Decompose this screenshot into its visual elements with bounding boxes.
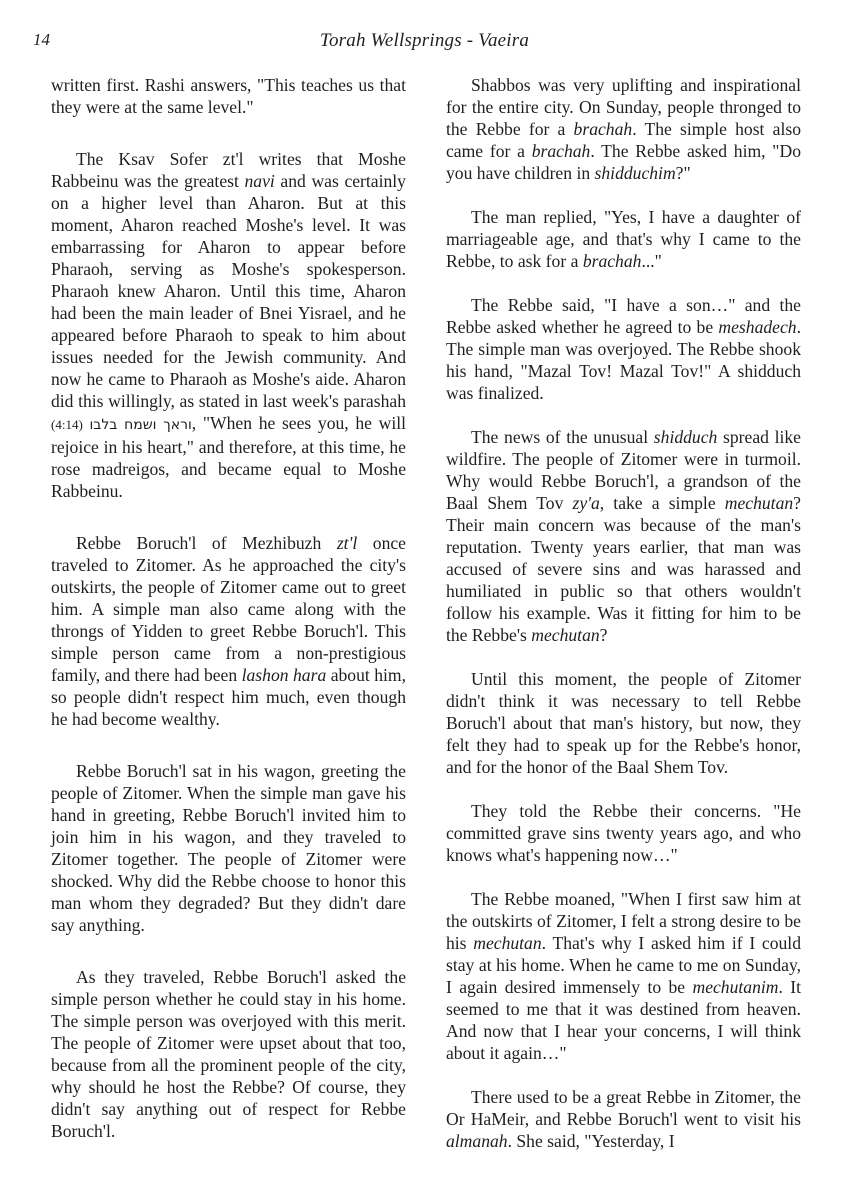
- italic-term: lashon hara: [242, 665, 327, 685]
- paragraph: Until this moment, the people of Zitomer…: [446, 668, 801, 778]
- text: ? Their main concern was because of the …: [446, 493, 801, 645]
- text: ?: [600, 625, 608, 645]
- italic-term: shidduch: [654, 427, 718, 447]
- italic-term: brachah: [532, 141, 591, 161]
- paragraph: The Rebbe moaned, "When I first saw him …: [446, 888, 801, 1064]
- text: once traveled to Zitomer. As he approach…: [51, 533, 406, 685]
- text: ...": [641, 251, 661, 271]
- paragraph: The Ksav Sofer zt'l writes that Moshe Ra…: [51, 148, 406, 502]
- running-title: Torah Wellsprings - Vaeira: [0, 30, 849, 52]
- text: , take a simple: [600, 493, 725, 513]
- italic-term: shidduchim: [595, 163, 676, 183]
- text: and was certainly on a higher level than…: [51, 171, 406, 411]
- left-column: written first. Rashi answers, "This teac…: [51, 74, 406, 1164]
- italic-term: brachah: [583, 251, 642, 271]
- text: There used to be a great Rebbe in Zitome…: [446, 1087, 801, 1129]
- italic-term: mechutan: [531, 625, 599, 645]
- hebrew-quote: וראך ושמח בלבו: [89, 417, 191, 433]
- text: ?": [676, 163, 691, 183]
- paragraph: Rebbe Boruch'l of Mezhibuzh zt'l once tr…: [51, 532, 406, 730]
- paragraph: The news of the unusual shidduch spread …: [446, 426, 801, 646]
- paragraph: As they traveled, Rebbe Boruch'l asked t…: [51, 966, 406, 1142]
- right-column: Shabbos was very uplifting and inspirati…: [446, 74, 801, 1174]
- paragraph: There used to be a great Rebbe in Zitome…: [446, 1086, 801, 1152]
- text: Rebbe Boruch'l of Mezhibuzh: [76, 533, 337, 553]
- italic-term: navi: [245, 171, 275, 191]
- text: . She said, "Yesterday, I: [508, 1131, 675, 1151]
- italic-term: mechutanim: [692, 977, 778, 997]
- paragraph: Shabbos was very uplifting and inspirati…: [446, 74, 801, 184]
- italic-term: zt'l: [337, 533, 357, 553]
- text: The news of the unusual: [471, 427, 654, 447]
- italic-term: meshadech: [718, 317, 796, 337]
- italic-term: mechutan: [725, 493, 793, 513]
- italic-term: zy'a: [573, 493, 600, 513]
- paragraph: The Rebbe said, "I have a son…" and the …: [446, 294, 801, 404]
- paragraph: They told the Rebbe their concerns. "He …: [446, 800, 801, 866]
- paragraph: written first. Rashi answers, "This teac…: [51, 74, 406, 118]
- verse-reference: (4:14): [51, 417, 83, 432]
- italic-term: almanah: [446, 1131, 508, 1151]
- paragraph: Rebbe Boruch'l sat in his wagon, greetin…: [51, 760, 406, 936]
- paragraph: The man replied, "Yes, I have a daughter…: [446, 206, 801, 272]
- page-header: 14 Torah Wellsprings - Vaeira: [0, 30, 849, 54]
- italic-term: brachah: [574, 119, 633, 139]
- italic-term: mechutan: [473, 933, 541, 953]
